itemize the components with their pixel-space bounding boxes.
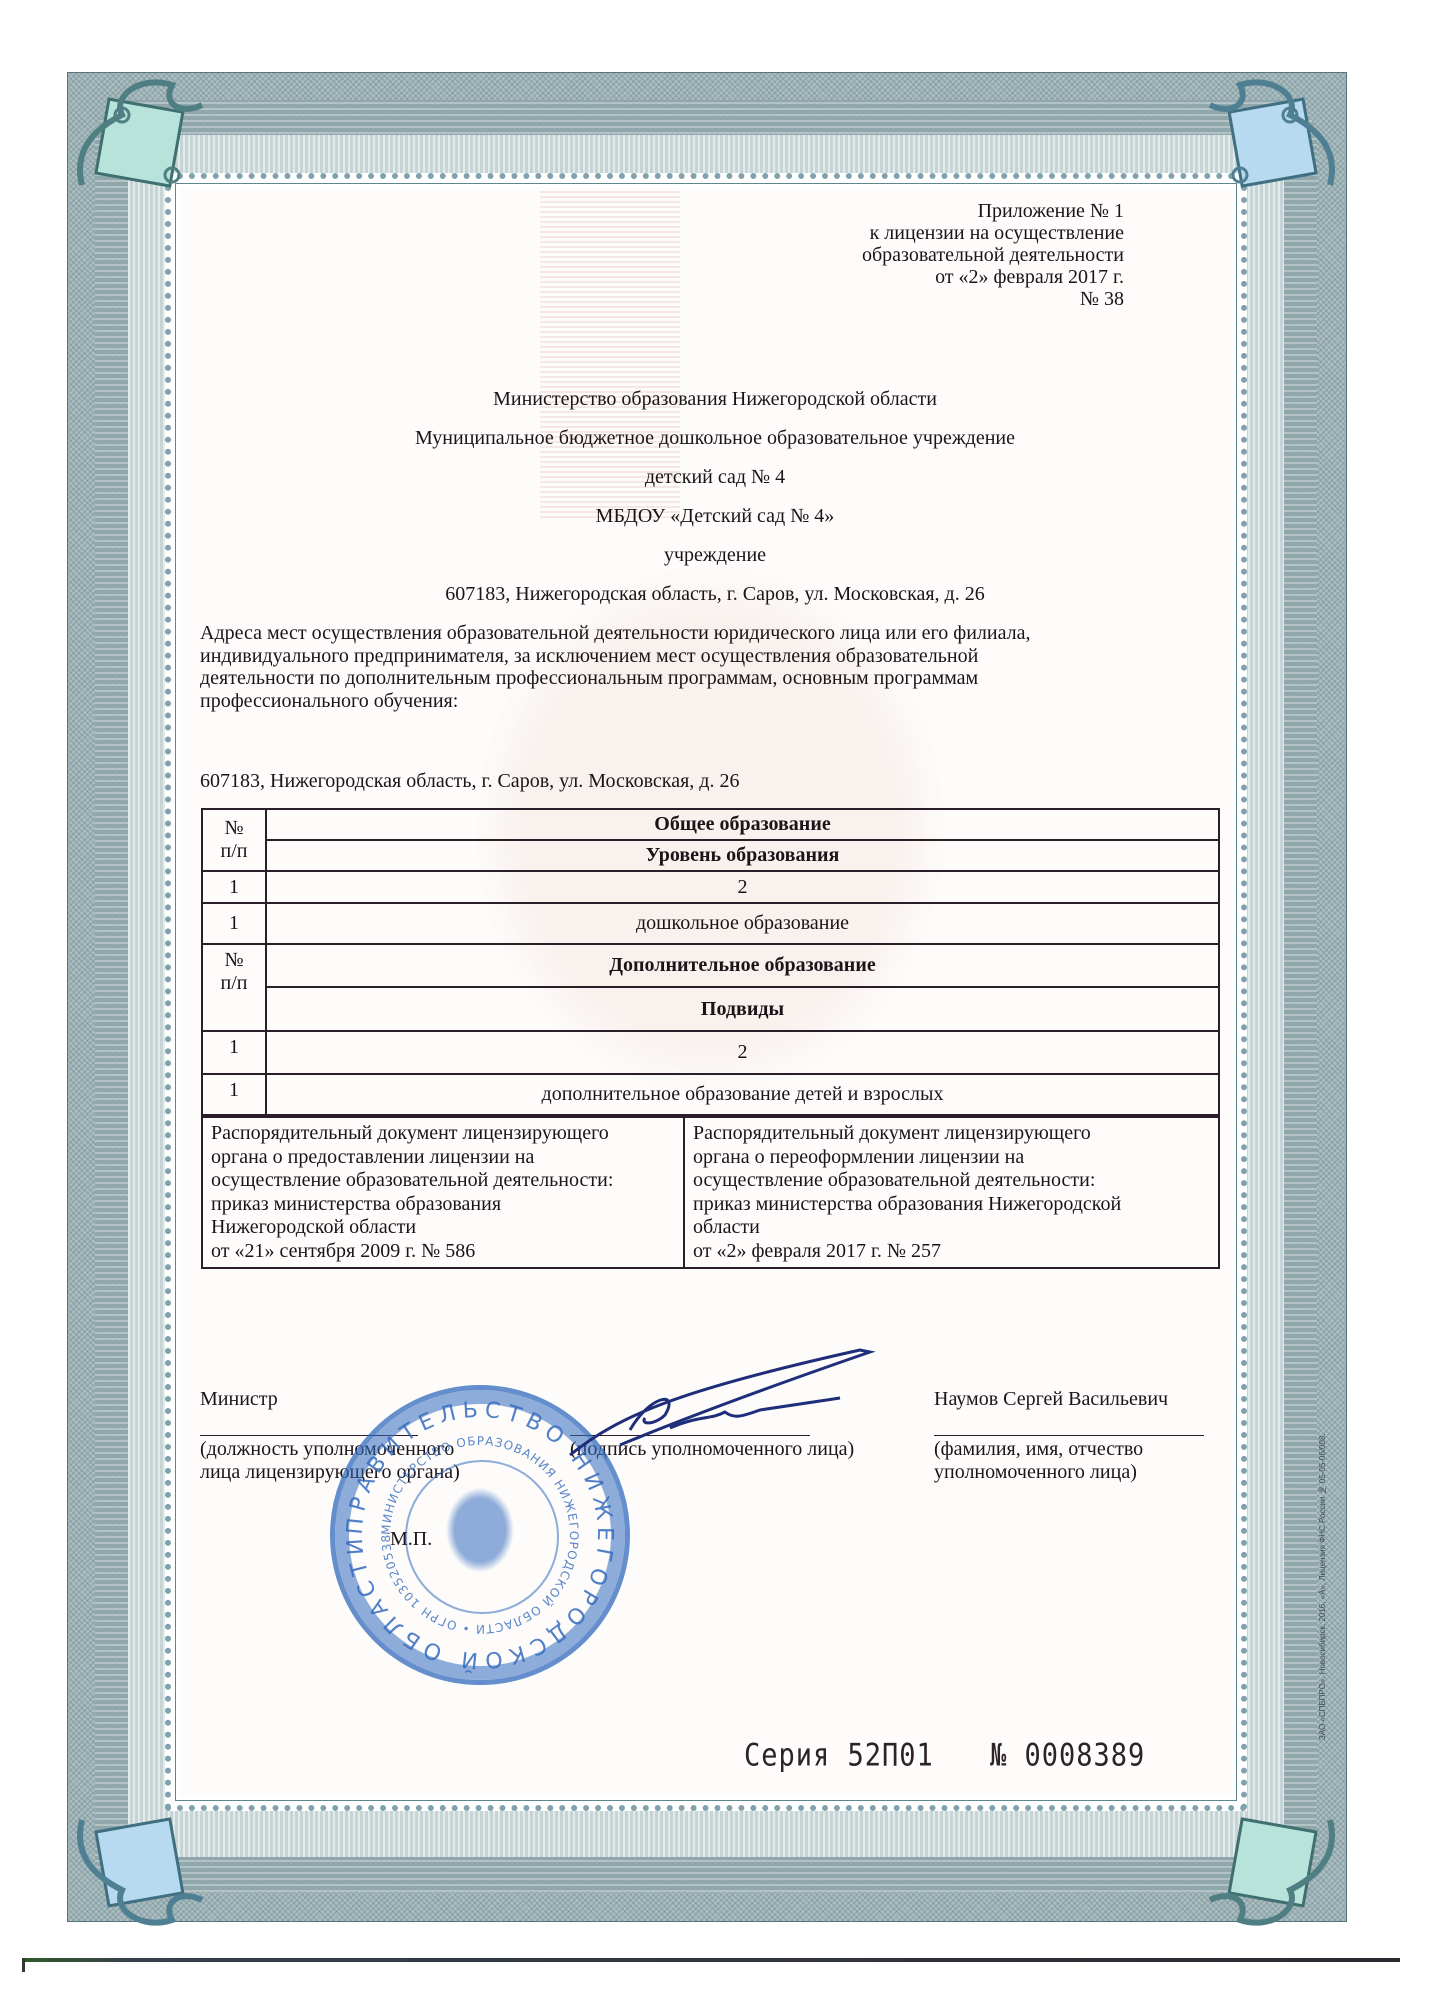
org-type: учреждение: [200, 544, 1230, 567]
grant-order-line: Распорядительный документ лицензирующего: [211, 1122, 679, 1146]
scan-edge: [22, 1958, 25, 1972]
reissue-order-line: органа о переоформлении лицензии на: [693, 1146, 1214, 1170]
education-level-value: дошкольное образование: [266, 903, 1219, 944]
handwritten-signature: [560, 1320, 900, 1460]
addresses-intro-line: деятельности по дополнительным профессио…: [200, 667, 1240, 690]
annex-number: № 38: [862, 288, 1124, 310]
num-header-line: №: [203, 817, 265, 840]
official-name: Наумов Сергей Васильевич: [934, 1388, 1168, 1411]
grant-order-line: приказ министерства образования: [211, 1193, 679, 1217]
general-education-title: Общее образование: [266, 809, 1219, 840]
corner-ornament-icon: [1200, 1790, 1350, 1940]
additional-education-subtype-value: дополнительное образование детей и взрос…: [266, 1074, 1219, 1115]
corner-ornament-icon: [1200, 65, 1350, 215]
num-header-line: п/п: [203, 972, 265, 995]
licence-documents-table: Распорядительный документ лицензирующего…: [201, 1116, 1220, 1269]
column-number-cell: 2: [266, 871, 1219, 903]
reissue-order-line: осуществление образовательной деятельнос…: [693, 1169, 1214, 1193]
licence-table: № п/п Общее образование Уровень образова…: [201, 808, 1220, 1116]
ministry-name: Министерство образования Нижегородской о…: [200, 388, 1230, 411]
org-full-name-cont: детский сад № 4: [200, 466, 1230, 489]
additional-education-subtitle: Подвиды: [266, 987, 1219, 1031]
name-line: [934, 1435, 1204, 1436]
annex-subtitle: образовательной деятельности: [862, 244, 1124, 266]
table-row: Подвиды: [202, 987, 1219, 1031]
addresses-intro-line: профессионального обучения:: [200, 690, 1240, 713]
name-caption: (фамилия, имя, отчество уполномоченного …: [934, 1438, 1143, 1484]
legal-address: 607183, Нижегородская область, г. Саров,…: [200, 583, 1230, 606]
grant-order-line: органа о предоставлении лицензии на: [211, 1146, 679, 1170]
reissue-order-line: приказ министерства образования Нижегоро…: [693, 1193, 1214, 1217]
form-series: Серия 52П01: [744, 1738, 934, 1774]
grant-order-line: Нижегородской области: [211, 1216, 679, 1240]
table-row: 1 2: [202, 871, 1219, 903]
grant-order-line: осуществление образовательной деятельнос…: [211, 1169, 679, 1193]
table-row: 1 дополнительное образование детей и взр…: [202, 1074, 1219, 1115]
org-full-name: Муниципальное бюджетное дошкольное образ…: [200, 427, 1230, 450]
printer-imprint: ЗАО «СПБПРО», Новосибирск, 2016, «А», Ли…: [1318, 1360, 1332, 1740]
table-row: 1 2: [202, 1031, 1219, 1074]
num-header-cell: № п/п: [202, 944, 266, 1031]
column-number-cell: 2: [266, 1031, 1219, 1074]
seal-mark: М.П.: [390, 1528, 432, 1551]
corner-ornament-icon: [62, 1790, 212, 1940]
addresses-intro-line: Адреса мест осуществления образовательно…: [200, 622, 1240, 645]
addresses-intro: Адреса мест осуществления образовательно…: [200, 622, 1240, 712]
general-education-subtitle: Уровень образования: [266, 840, 1219, 871]
num-header-line: п/п: [203, 840, 265, 863]
official-position: Министр: [200, 1388, 278, 1411]
row-number: 1: [202, 1074, 266, 1115]
num-header-line: №: [203, 949, 265, 972]
addresses-intro-line: индивидуального предпринимателя, за искл…: [200, 645, 1240, 668]
caption-line: (фамилия, имя, отчество: [934, 1438, 1143, 1461]
reissue-order-line: Распорядительный документ лицензирующего: [693, 1122, 1214, 1146]
table-row: № п/п Дополнительное образование: [202, 944, 1219, 987]
annex-header: Приложение № 1 к лицензии на осуществлен…: [862, 200, 1124, 310]
additional-education-title: Дополнительное образование: [266, 944, 1219, 987]
reissue-order-cell: Распорядительный документ лицензирующего…: [684, 1117, 1219, 1268]
reissue-order-line: области: [693, 1216, 1214, 1240]
grant-order-cell: Распорядительный документ лицензирующего…: [202, 1117, 684, 1268]
table-row: 1 дошкольное образование: [202, 903, 1219, 944]
annex-date: от «2» февраля 2017 г.: [862, 266, 1124, 288]
caption-line: уполномоченного лица): [934, 1461, 1143, 1484]
table-row: Распорядительный документ лицензирующего…: [202, 1117, 1219, 1268]
column-number-cell: 1: [202, 871, 266, 903]
form-number: № 0008389: [990, 1738, 1145, 1774]
num-header-cell: № п/п: [202, 809, 266, 871]
org-short-name: МБДОУ «Детский сад № 4»: [200, 505, 1230, 528]
activity-address: 607183, Нижегородская область, г. Саров,…: [200, 770, 1240, 793]
annex-title: Приложение № 1: [862, 200, 1124, 222]
scan-edge: [22, 1958, 1400, 1962]
table-row: Уровень образования: [202, 840, 1219, 871]
grant-order-line: от «21» сентября 2009 г. № 586: [211, 1240, 679, 1264]
reissue-order-line: от «2» февраля 2017 г. № 257: [693, 1240, 1214, 1264]
corner-ornament-icon: [62, 65, 212, 215]
table-row: № п/п Общее образование: [202, 809, 1219, 840]
column-number-cell: 1: [202, 1031, 266, 1074]
annex-subtitle: к лицензии на осуществление: [862, 222, 1124, 244]
row-number: 1: [202, 903, 266, 944]
